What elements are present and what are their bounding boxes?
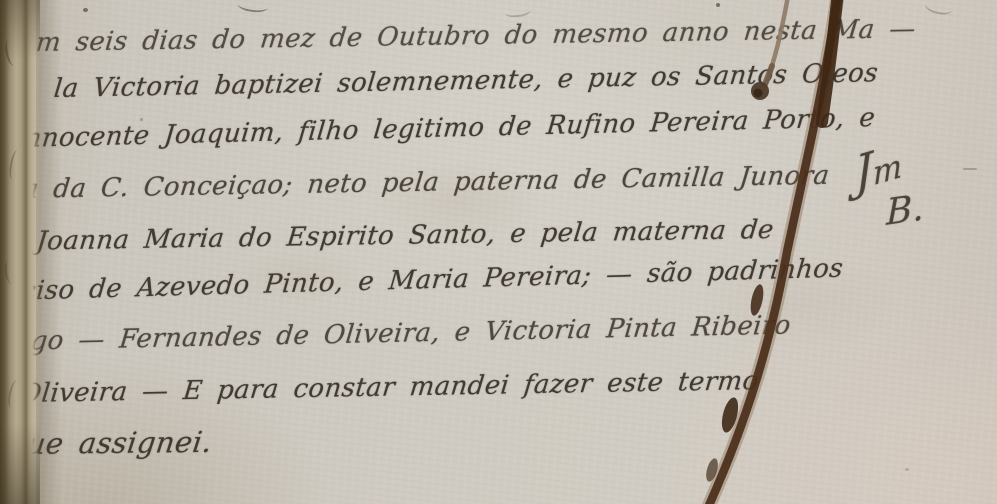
manuscript-line-1: m seis dias do mez de Outubro do mesmo a… xyxy=(34,14,917,58)
manuscript-page: m seis dias do mez de Outubro do mesmo a… xyxy=(0,0,997,504)
ink-speck xyxy=(963,168,977,170)
manuscript-line-4: ra da C. Conceiçao; neto pela paterna de… xyxy=(8,161,831,205)
ink-speck xyxy=(716,3,720,7)
ink-fragment xyxy=(504,5,531,19)
manuscript-line-6: nciso de Azevedo Pinto, e Maria Pereira;… xyxy=(3,254,845,308)
manuscript-line-2: la Victoria baptizei solemnemente, e puz… xyxy=(52,58,879,104)
ink-fragment xyxy=(924,0,955,17)
ink-fragment xyxy=(237,0,268,14)
manuscript-line-3: innocente Joaquim, filho legitimo de Ruf… xyxy=(15,103,877,154)
manuscript-line-8: Oliveira — E para constar mandei fazer e… xyxy=(18,366,760,409)
ink-speck xyxy=(83,8,88,12)
margin-note-letter-b: B. xyxy=(886,187,924,234)
manuscript-line-7: tego — Fernandes de Oliveira, e Victoria… xyxy=(2,310,792,357)
ink-speck xyxy=(140,118,143,121)
manuscript-line-5: e Joanna Maria do Espirito Santo, e pela… xyxy=(4,215,775,257)
ink-speck xyxy=(905,468,909,471)
page-binding-edge xyxy=(0,0,40,504)
